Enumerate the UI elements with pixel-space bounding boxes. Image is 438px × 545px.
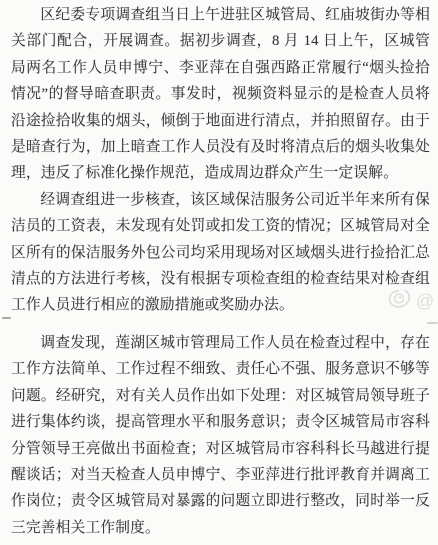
article-text: 区纪委专项调查组当日上午进驻区城管局、红庙坡街办等相关部门配合，开展调查。据初步… (11, 0, 430, 541)
paragraph-investigation-start: 区纪委专项调查组当日上午进驻区城管局、红庙坡街办等相关部门配合，开展调查。据初步… (11, 2, 430, 187)
left-edge-dash-mark (2, 317, 11, 319)
paragraph-handling-decisions: 调查发现，莲湖区城市管理局工作人员在检查过程中，存在工作方法简单、工作过程不细致… (11, 330, 430, 541)
paragraph-verification-results: 经调查组进一步核查，该区域保洁服务公司近半年来所有保洁员的工资表，未发现有处罚或… (11, 187, 430, 319)
right-edge-dash-mark (427, 322, 438, 324)
document-page: 区纪委专项调查组当日上午进驻区城管局、红庙坡街办等相关部门配合，开展调查。据初步… (0, 0, 438, 545)
